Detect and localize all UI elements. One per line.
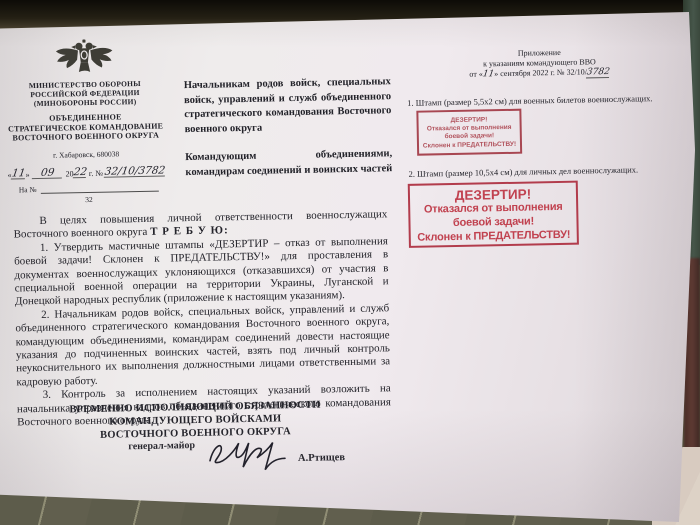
handwritten-doc-number: 32/10/3782 [104,166,166,177]
blank-line [40,182,158,193]
letterhead-city: г. Хабаровск, 680038 [0,148,188,161]
handwritten-number: 3782 [586,68,610,78]
number-label: г. № [89,168,103,177]
stamp-line: Склонен к ПРЕДАТЕЛЬСТВУ! [419,140,520,150]
handwritten-day: 11 [11,169,26,179]
deserter-stamp-large: ДЕЗЕРТИР! Отказался от выполнения боевой… [408,181,579,248]
handwritten-month: 09 [32,168,63,179]
incoming-label: На № [19,185,37,194]
appendix-header: Приложение к указаниям командующего ВВО … [408,46,671,82]
deserter-stamp-small: ДЕЗЕРТИР! Отказался от выполнения боевой… [416,109,522,156]
incoming-number-row: На № [19,182,159,194]
close-quote: » [25,170,29,179]
signatory-title: ВРЕМЕННО ИСПОЛНЯЮЩИЙ ОБЯЗАННОСТИ КОМАНДУ… [41,398,350,443]
signatory-name: А.Ртищев [298,452,345,464]
demand-word: Т Р Е Б У Ю: [150,225,229,239]
date-line: « 11 » 09 20 22 г. № 32/10/3782 [0,166,189,180]
letterhead: МИНИСТЕРСТВО ОБОРОНЫ РОССИЙСКОЙ ФЕДЕРАЦИ… [0,37,189,205]
handwritten-signature [203,431,294,475]
handwritten-year: 22 [73,168,88,178]
stamp-item-2-label: 2. Штамп (размер 10,5х4 см) для личных д… [408,164,638,178]
addressee-para: Командующим объединениями, командирам со… [185,148,393,181]
stamp-item-1-label: 1. Штамп (размер 5,5х2 см) для военных б… [407,93,653,108]
document-content: МИНИСТЕРСТВО ОБОРОНЫ РОССИЙСКОЙ ФЕДЕРАЦИ… [0,0,700,525]
order-body: В целях повышения личной ответственности… [13,208,391,430]
photo-of-military-order: МИНИСТЕРСТВО ОБОРОНЫ РОССИЙСКОЙ ФЕДЕРАЦИ… [0,0,700,525]
addressee-para: Начальникам родов войск, специальных вой… [184,75,392,137]
stamp-line: Склонен к ПРЕДАТЕЛЬСТВУ! [411,228,577,245]
appendix-printed: от « [469,69,483,78]
document-sheet: МИНИСТЕРСТВО ОБОРОНЫ РОССИЙСКОЙ ФЕДЕРАЦИ… [0,0,700,525]
handwritten-day: 11 [482,70,495,79]
addressee-block: Начальникам родов войск, специальных вой… [184,75,393,181]
mod-double-headed-eagle-emblem [53,38,116,77]
body-paragraph-3: 2. Начальникам родов войск, специальных … [15,302,390,390]
incoming-number: 32 [19,193,159,205]
body-paragraph-2: 1. Утвердить мастичные штампы «ДЕЗЕРТИР … [14,235,389,309]
appendix-printed: » сентября 2022 г. № 32/10/ [494,67,587,78]
